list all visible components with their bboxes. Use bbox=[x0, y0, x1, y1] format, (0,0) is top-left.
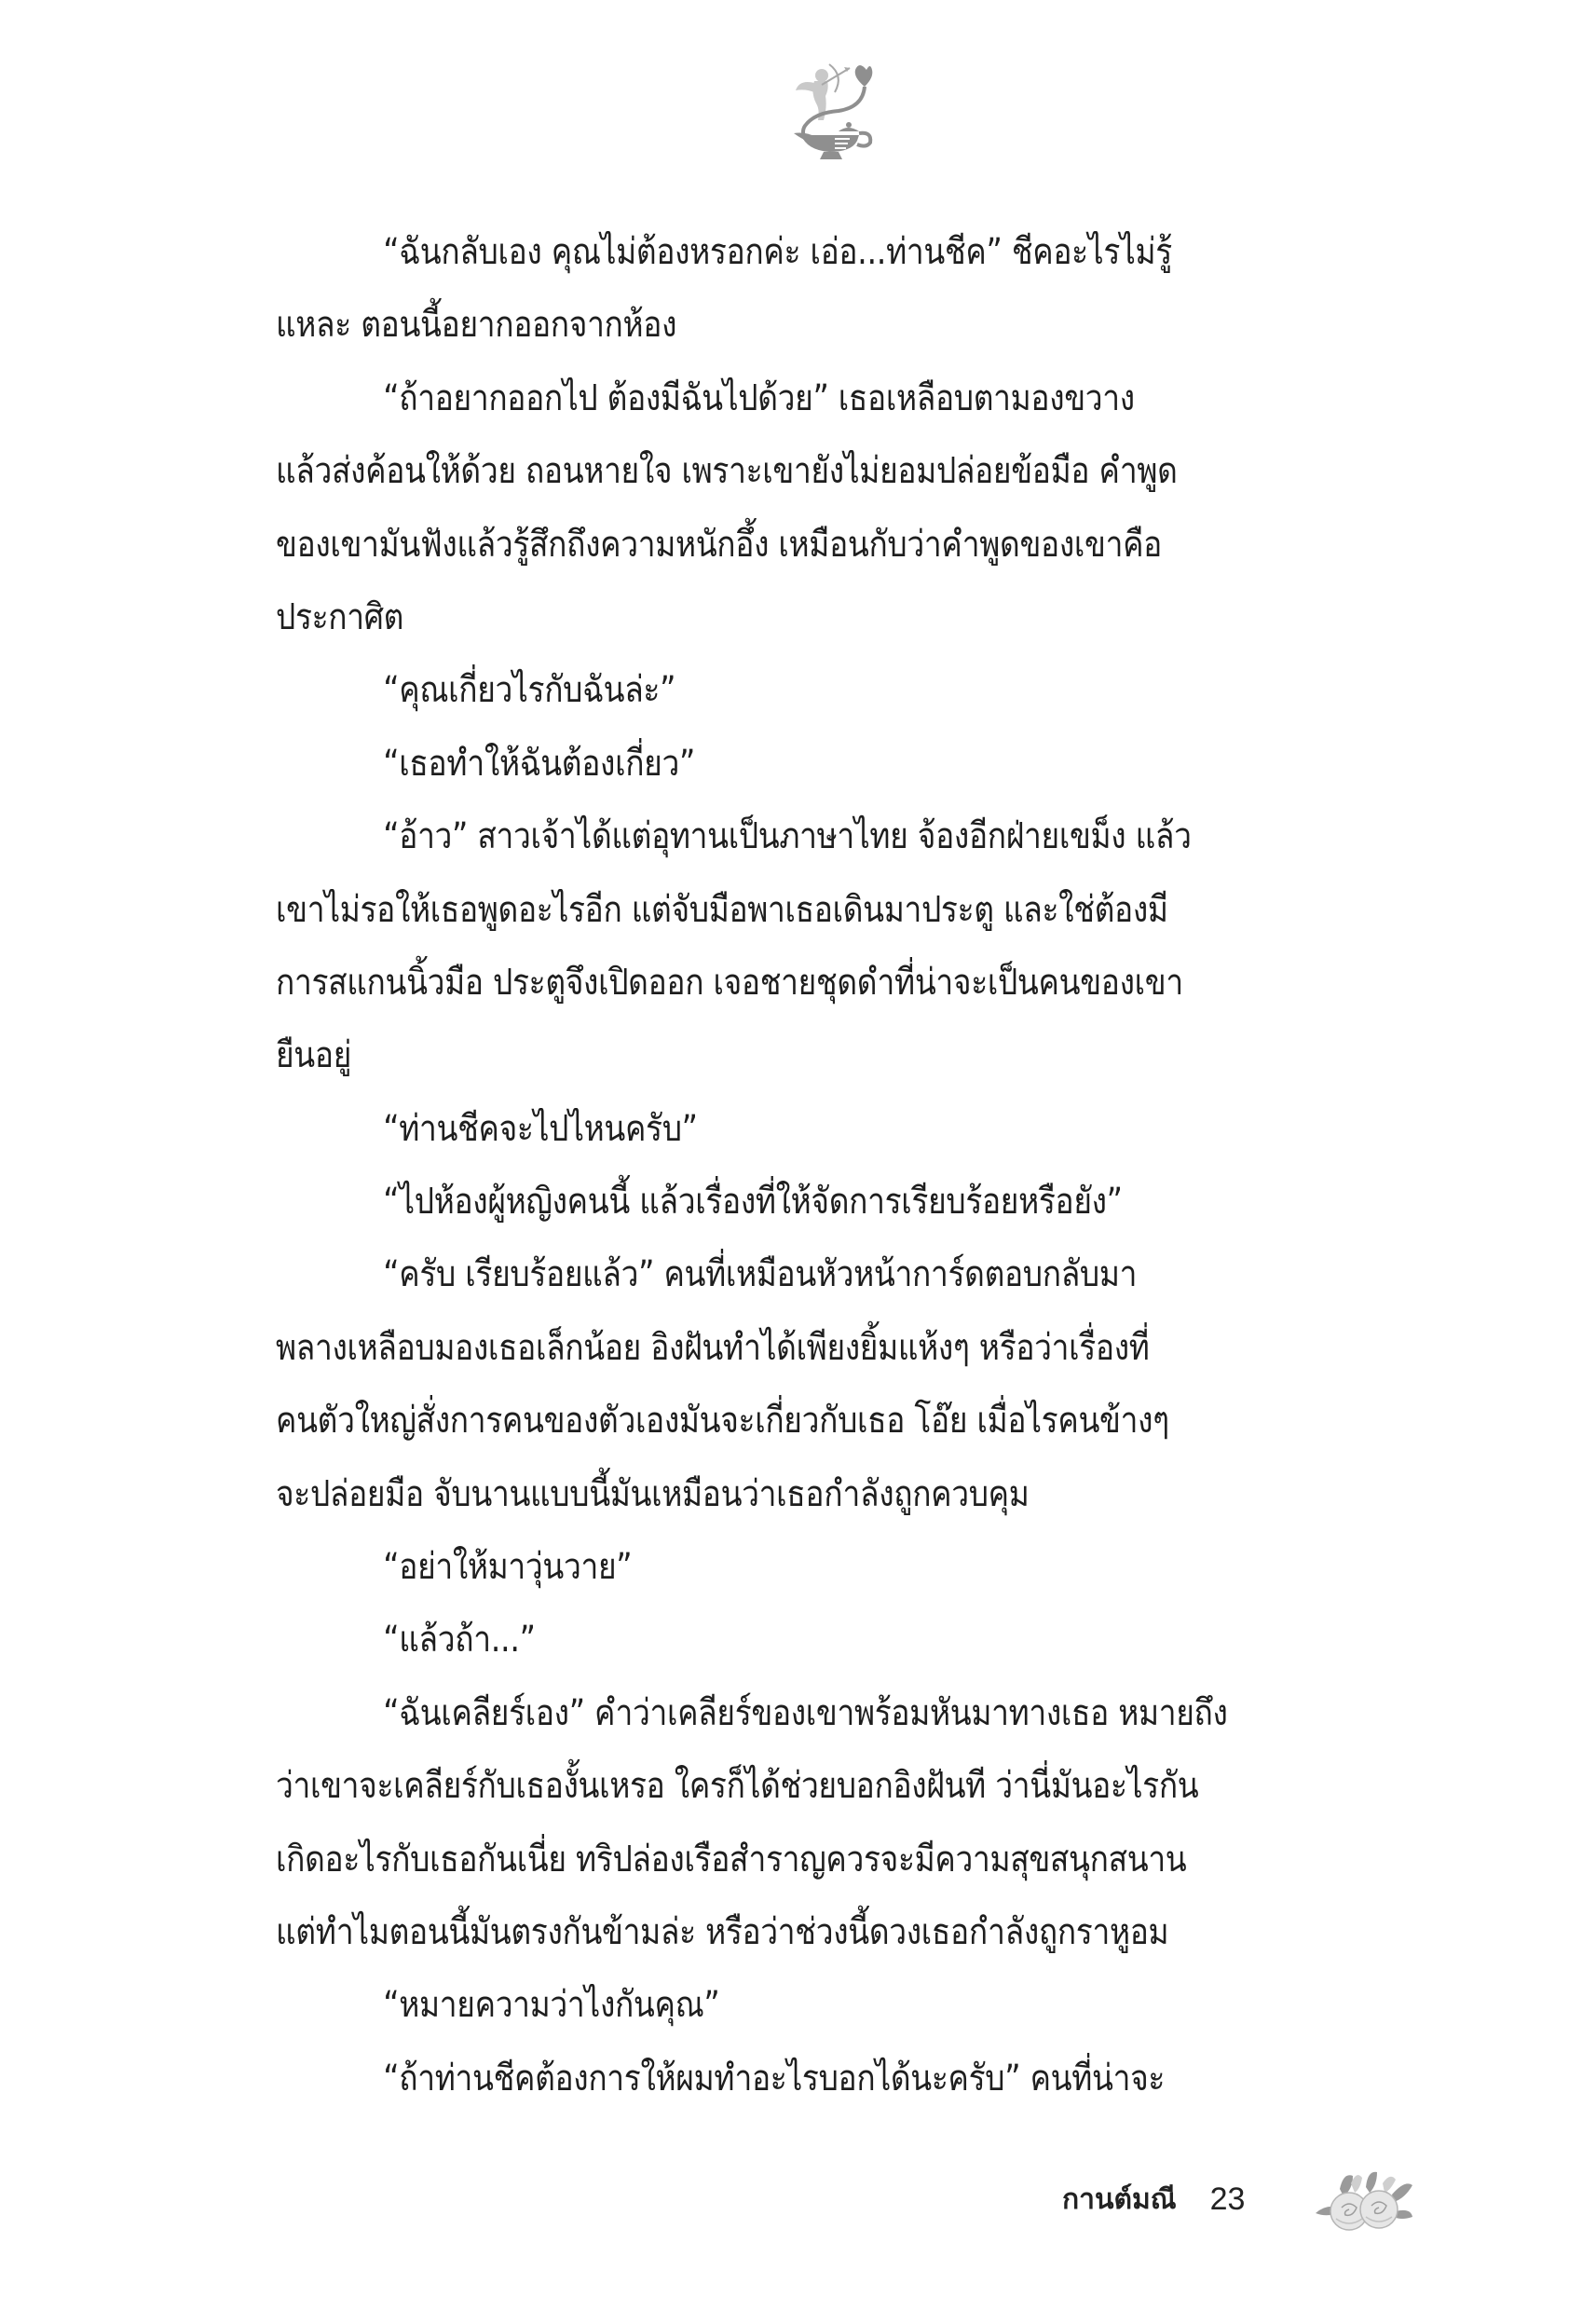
book-page: “ฉันกลับเอง คุณไม่ต้องหรอกค่ะ เอ่อ...ท่า… bbox=[0, 0, 1596, 2311]
text-line: ยืนอยู่ bbox=[276, 1019, 1251, 1092]
magic-lamp-cupid-icon bbox=[773, 51, 885, 163]
dialogue-line: “ไปห้องผู้หญิงคนนี้ แล้วเรื่องที่ให้จัดก… bbox=[276, 1166, 1251, 1238]
text-line: ของเขามันฟังแล้วรู้สึกถึงความหนักอึ้ง เห… bbox=[276, 509, 1251, 581]
text-line: “ฉันเคลียร์เอง” คำว่าเคลียร์ของเขาพร้อมห… bbox=[276, 1677, 1251, 1750]
dialogue-line: “ท่านชีคจะไปไหนครับ” bbox=[276, 1093, 1251, 1166]
roses-icon bbox=[1312, 2167, 1414, 2234]
text-line: เกิดอะไรกับเธอกันเนี่ย ทริปล่องเรือสำราญ… bbox=[276, 1824, 1251, 1896]
text-line: ประกาศิต bbox=[276, 581, 1251, 654]
text-line: พลางเหลือบมองเธอเล็กน้อย อิงฝันทำได้เพีย… bbox=[276, 1312, 1251, 1385]
page-footer: กานต์มณี 23 bbox=[1062, 2171, 1245, 2227]
text-line: “ฉันกลับเอง คุณไม่ต้องหรอกค่ะ เอ่อ...ท่า… bbox=[276, 216, 1251, 289]
dialogue-line: “หมายความว่าไงกันคุณ” bbox=[276, 1969, 1251, 2042]
text-line: “ครับ เรียบร้อยแล้ว” คนที่เหมือนหัวหน้าก… bbox=[276, 1238, 1251, 1311]
book-title: กานต์มณี bbox=[1062, 2178, 1177, 2222]
text-line: แหละ ตอนนี้อยากออกจากห้อง bbox=[276, 289, 1251, 362]
text-line: เขาไม่รอให้เธอพูดอะไรอีก แต่จับมือพาเธอเ… bbox=[276, 874, 1251, 947]
text-line: แล้วส่งค้อนให้ด้วย ถอนหายใจ เพราะเขายังไ… bbox=[276, 435, 1251, 508]
text-line: จะปล่อยมือ จับนานแบบนี้มันเหมือนว่าเธอกำ… bbox=[276, 1458, 1251, 1531]
page-number: 23 bbox=[1210, 2181, 1246, 2218]
text-line: “อ้าว” สาวเจ้าได้แต่อุทานเป็นภาษาไทย จ้อ… bbox=[276, 800, 1251, 873]
dialogue-line: “เธอทำให้ฉันต้องเกี่ยว” bbox=[276, 728, 1251, 800]
text-line: “ถ้าท่านชีคต้องการให้ผมทำอะไรบอกได้นะครั… bbox=[276, 2043, 1251, 2115]
dialogue-line: “คุณเกี่ยวไรกับฉันล่ะ” bbox=[276, 654, 1251, 727]
text-line: คนตัวใหญ่สั่งการคนของตัวเองมันจะเกี่ยวกั… bbox=[276, 1385, 1251, 1457]
text-line: แต่ทำไมตอนนี้มันตรงกันข้ามล่ะ หรือว่าช่ว… bbox=[276, 1896, 1251, 1969]
text-line: “ถ้าอยากออกไป ต้องมีฉันไปด้วย” เธอเหลือบ… bbox=[276, 362, 1251, 435]
body-text: “ฉันกลับเอง คุณไม่ต้องหรอกค่ะ เอ่อ...ท่า… bbox=[276, 216, 1411, 2115]
text-line: ว่าเขาจะเคลียร์กับเธองั้นเหรอ ใครก็ได้ช่… bbox=[276, 1750, 1251, 1823]
dialogue-line: “อย่าให้มาวุ่นวาย” bbox=[276, 1531, 1251, 1604]
dialogue-line: “แล้วถ้า...” bbox=[276, 1604, 1251, 1676]
text-line: การสแกนนิ้วมือ ประตูจึงเปิดออก เจอชายชุด… bbox=[276, 947, 1251, 1019]
